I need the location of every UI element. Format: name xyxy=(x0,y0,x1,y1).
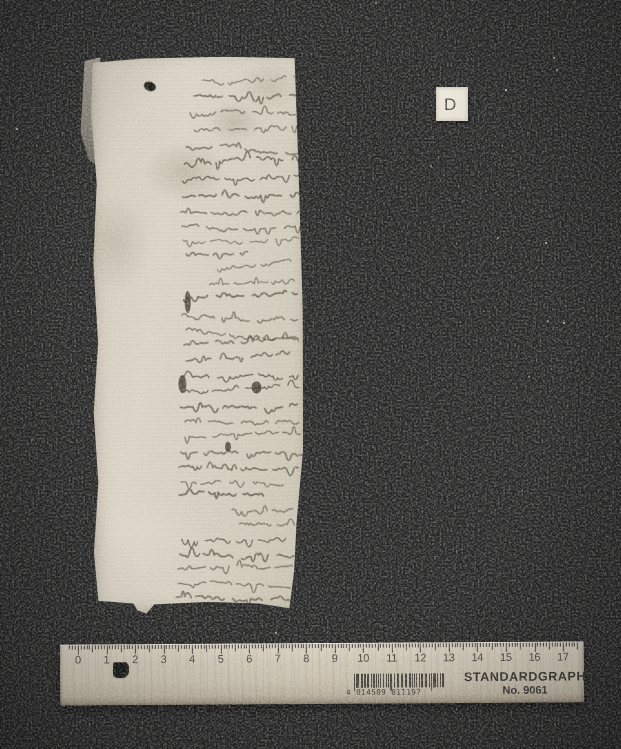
ruler-number: 17 xyxy=(553,651,573,663)
barcode-bar xyxy=(367,674,369,688)
handwriting-line xyxy=(184,370,301,382)
barcode-bar xyxy=(356,674,359,688)
barcode-bar xyxy=(364,674,366,688)
handwriting-line xyxy=(186,351,298,363)
tick-mark xyxy=(318,644,319,648)
tick-mark xyxy=(554,643,555,647)
fabric-speck xyxy=(79,721,81,723)
tick-mark xyxy=(283,644,284,648)
handwriting-ink xyxy=(84,51,309,615)
tick-mark xyxy=(574,642,575,646)
handwriting-line xyxy=(182,538,291,548)
tick-mark xyxy=(143,645,144,649)
tick-mark xyxy=(520,643,521,650)
tick-mark xyxy=(509,643,510,647)
tick-mark xyxy=(300,644,301,648)
ruler-ticks xyxy=(60,641,584,644)
tick-mark xyxy=(263,644,264,651)
fabric-speck xyxy=(375,2,377,4)
tick-mark xyxy=(480,643,481,647)
fabric-speck xyxy=(275,632,277,634)
tick-mark xyxy=(466,643,467,647)
tick-mark xyxy=(432,643,433,647)
handwriting-line xyxy=(179,489,269,499)
tick-mark xyxy=(258,644,259,648)
tick-mark xyxy=(335,644,336,653)
tick-mark xyxy=(166,645,167,649)
tick-mark xyxy=(106,645,107,654)
tick-mark xyxy=(149,645,150,652)
tick-mark xyxy=(132,645,133,649)
fabric-speck xyxy=(402,249,403,250)
handwriting-line xyxy=(232,505,299,516)
barcode-bar xyxy=(373,674,375,688)
tick-mark xyxy=(138,645,139,649)
tick-mark xyxy=(169,645,170,649)
tick-mark xyxy=(440,643,441,647)
barcode-bar xyxy=(416,673,417,687)
tick-mark xyxy=(429,643,430,647)
handwriting-line xyxy=(181,480,287,489)
barcode-bar xyxy=(437,673,438,687)
tick-mark xyxy=(355,644,356,648)
manuscript-fragment xyxy=(84,51,309,615)
ruler-number: 14 xyxy=(467,652,487,664)
tick-mark xyxy=(163,645,164,654)
barcode-digits: 4 014509 011197 xyxy=(346,687,448,697)
barcode-bar xyxy=(378,674,379,688)
tick-mark xyxy=(392,644,393,653)
handwriting-line xyxy=(217,259,298,272)
tick-mark xyxy=(386,644,387,648)
tick-mark xyxy=(383,644,384,648)
tick-mark xyxy=(189,645,190,649)
tick-mark xyxy=(84,645,85,649)
tick-mark xyxy=(400,644,401,648)
barcode-bar xyxy=(440,673,441,687)
tick-mark xyxy=(272,644,273,648)
fabric-speck xyxy=(553,57,555,59)
tick-mark xyxy=(146,645,147,649)
barcode-bar xyxy=(414,673,415,687)
fabric-speck xyxy=(9,267,10,268)
tick-mark xyxy=(534,643,535,652)
tick-mark xyxy=(380,644,381,648)
ruler-number: 16 xyxy=(524,652,544,664)
wormhole xyxy=(143,80,157,93)
tick-mark xyxy=(129,645,130,649)
tick-mark xyxy=(115,645,116,649)
tick-mark xyxy=(406,643,407,650)
tick-mark xyxy=(452,643,453,647)
fabric-speck xyxy=(276,625,277,626)
tick-mark xyxy=(454,643,455,647)
handwriting-line xyxy=(181,402,304,414)
tick-mark xyxy=(412,643,413,647)
tick-mark xyxy=(523,643,524,647)
fabric-speck xyxy=(545,242,547,244)
tick-mark xyxy=(223,645,224,649)
ruler-number: 11 xyxy=(382,653,402,665)
tick-mark xyxy=(375,644,376,648)
tick-mark xyxy=(155,645,156,649)
fabric-speck xyxy=(430,165,432,167)
ruler: 01234567891011121314151617 4 014509 0111… xyxy=(60,641,584,705)
tick-mark xyxy=(566,643,567,647)
tick-mark xyxy=(443,643,444,647)
tick-mark xyxy=(275,644,276,648)
tick-mark xyxy=(309,644,310,648)
ruler-number: 0 xyxy=(68,654,88,666)
ink-blot xyxy=(225,442,231,452)
handwriting-line xyxy=(183,174,304,185)
handwriting-line xyxy=(240,519,301,526)
handwriting-line xyxy=(184,380,307,394)
barcode-bar xyxy=(371,674,372,688)
tick-mark xyxy=(260,644,261,648)
barcode-bar xyxy=(405,673,407,687)
tick-mark xyxy=(426,643,427,647)
tick-mark xyxy=(469,643,470,647)
tick-mark xyxy=(95,645,96,649)
tick-mark xyxy=(531,643,532,647)
tick-mark xyxy=(363,644,364,653)
tick-mark xyxy=(477,643,478,652)
tick-mark xyxy=(266,644,267,648)
tick-mark xyxy=(369,644,370,648)
barcode-bar xyxy=(419,673,420,687)
tick-mark xyxy=(195,645,196,649)
tick-mark xyxy=(295,644,296,648)
tick-mark xyxy=(255,644,256,648)
barcode-bar xyxy=(388,674,389,688)
barcode-bar xyxy=(397,674,399,688)
tick-mark xyxy=(289,644,290,648)
handwriting-line xyxy=(194,92,308,105)
barcode: 4 014509 011197 xyxy=(346,672,448,699)
barcode-bar xyxy=(433,673,436,687)
handwriting-line xyxy=(183,190,309,203)
ruler-number: 9 xyxy=(325,653,345,665)
ink-blot xyxy=(185,291,191,313)
tick-mark xyxy=(298,644,299,648)
tick-mark xyxy=(397,644,398,648)
tick-mark xyxy=(360,644,361,648)
tick-mark xyxy=(192,645,193,654)
tick-mark xyxy=(486,643,487,647)
tick-mark xyxy=(320,644,321,651)
ruler-number: 15 xyxy=(496,652,516,664)
handwriting-line xyxy=(190,106,301,118)
tick-mark xyxy=(135,645,136,654)
handwriting-line xyxy=(182,311,305,323)
barcode-bar xyxy=(383,674,384,688)
tick-mark xyxy=(403,643,404,647)
barcode-bar xyxy=(361,674,363,688)
tick-mark xyxy=(126,645,127,649)
tick-mark xyxy=(75,646,76,650)
ruler-number: 12 xyxy=(410,652,430,664)
tick-mark xyxy=(329,644,330,648)
tick-mark xyxy=(472,643,473,647)
tick-mark xyxy=(226,645,227,649)
handwriting-line xyxy=(178,580,297,593)
tick-mark xyxy=(434,643,435,650)
tick-mark xyxy=(72,646,73,650)
tick-mark xyxy=(201,645,202,649)
tick-mark xyxy=(178,645,179,652)
barcode-bar xyxy=(412,673,413,687)
tick-mark xyxy=(323,644,324,648)
tick-mark xyxy=(249,644,250,653)
fabric-speck xyxy=(497,237,499,239)
tick-mark xyxy=(500,643,501,647)
tick-mark xyxy=(449,643,450,652)
tick-mark xyxy=(577,642,578,649)
fabric-speck xyxy=(505,89,507,91)
barcode-bar xyxy=(429,673,430,687)
tick-mark xyxy=(549,643,550,650)
ink-blot xyxy=(251,381,261,393)
tick-mark xyxy=(112,645,113,649)
tick-mark xyxy=(415,643,416,647)
fabric-speck xyxy=(397,155,398,156)
fabric-speck xyxy=(80,640,81,641)
tick-mark xyxy=(560,643,561,647)
tick-mark xyxy=(141,645,142,649)
tick-mark xyxy=(529,643,530,647)
tick-mark xyxy=(512,643,513,647)
tick-mark xyxy=(152,645,153,649)
ruler-number: 5 xyxy=(211,654,231,666)
tick-mark xyxy=(286,644,287,648)
tick-mark xyxy=(409,643,410,647)
tick-mark xyxy=(235,645,236,652)
tick-mark xyxy=(446,643,447,647)
fabric-speck xyxy=(62,516,63,517)
tick-mark xyxy=(246,644,247,648)
handwriting-line xyxy=(210,277,299,285)
tick-mark xyxy=(118,645,119,649)
tick-mark xyxy=(104,645,105,649)
tick-mark xyxy=(349,644,350,651)
tick-mark xyxy=(121,645,122,652)
handwriting-line xyxy=(181,207,307,216)
tick-mark xyxy=(280,644,281,648)
tick-mark xyxy=(377,644,378,651)
tick-mark xyxy=(326,644,327,648)
barcode-bar xyxy=(376,674,377,688)
tick-mark xyxy=(183,645,184,649)
tick-mark xyxy=(278,644,279,653)
tick-mark xyxy=(81,645,82,649)
tick-mark xyxy=(543,643,544,647)
tick-mark xyxy=(551,643,552,647)
ruler-brand-text: STANDARDGRAPH xyxy=(442,669,608,684)
tick-mark xyxy=(517,643,518,647)
label-letter: D xyxy=(437,96,456,113)
tick-mark xyxy=(563,643,564,652)
tick-mark xyxy=(372,644,373,648)
tick-mark xyxy=(292,644,293,651)
handwriting-line xyxy=(186,252,253,259)
tick-mark xyxy=(457,643,458,647)
ruler-hole xyxy=(113,662,129,678)
barcode-bar xyxy=(425,673,427,687)
tick-mark xyxy=(492,643,493,650)
tick-mark xyxy=(186,645,187,649)
tick-mark xyxy=(306,644,307,653)
ruler-number: 4 xyxy=(182,654,202,666)
fabric-speck xyxy=(31,412,32,413)
tick-mark xyxy=(101,645,102,649)
ruler-number: 7 xyxy=(268,653,288,665)
tick-mark xyxy=(303,644,304,648)
tick-mark xyxy=(175,645,176,649)
handwriting-line xyxy=(176,590,305,606)
ruler-number: 10 xyxy=(353,653,373,665)
tick-mark xyxy=(395,644,396,648)
tick-mark xyxy=(463,643,464,650)
fabric-speck xyxy=(563,322,565,324)
handwriting-line xyxy=(182,223,308,234)
tick-mark xyxy=(212,645,213,649)
tick-mark xyxy=(514,643,515,647)
tick-mark xyxy=(98,645,99,649)
fabric-speck xyxy=(528,376,530,378)
barcode-bar xyxy=(421,673,423,687)
tick-mark xyxy=(221,645,222,654)
barcode-bar xyxy=(409,673,411,687)
tick-mark xyxy=(437,643,438,647)
tick-mark xyxy=(198,645,199,649)
handwriting-line xyxy=(181,450,308,461)
ruler-number: 3 xyxy=(153,654,173,666)
tick-mark xyxy=(243,644,244,648)
fabric-speck xyxy=(180,55,181,56)
handwriting-line xyxy=(183,237,308,247)
ruler-number: 13 xyxy=(439,652,459,664)
tick-mark xyxy=(340,644,341,648)
tick-mark xyxy=(337,644,338,648)
barcode-bar xyxy=(401,674,403,688)
tick-mark xyxy=(460,643,461,647)
tick-mark xyxy=(181,645,182,649)
tick-mark xyxy=(229,645,230,649)
tick-mark xyxy=(423,643,424,647)
tick-mark xyxy=(252,644,253,648)
tick-mark xyxy=(158,645,159,649)
tick-mark xyxy=(571,642,572,646)
tick-mark xyxy=(537,643,538,647)
fabric-speck xyxy=(547,320,549,322)
tick-mark xyxy=(497,643,498,647)
fabric-speck xyxy=(323,202,324,203)
tick-mark xyxy=(209,645,210,649)
ink-blot xyxy=(178,375,186,393)
handwriting-line xyxy=(203,76,304,85)
tick-mark xyxy=(483,643,484,647)
tick-mark xyxy=(540,643,541,647)
tick-mark xyxy=(420,643,421,652)
tick-mark xyxy=(503,643,504,647)
tick-mark xyxy=(172,645,173,649)
barcode-bar xyxy=(380,674,381,688)
tick-mark xyxy=(557,643,558,647)
handwriting-line xyxy=(184,290,302,301)
tick-mark xyxy=(86,645,87,649)
tick-mark xyxy=(417,643,418,647)
tick-mark xyxy=(315,644,316,648)
tick-mark xyxy=(494,643,495,647)
tick-mark xyxy=(238,645,239,649)
handwriting-line xyxy=(185,417,303,426)
tick-mark xyxy=(218,645,219,649)
tick-mark xyxy=(232,645,233,649)
tick-mark xyxy=(215,645,216,649)
tick-mark xyxy=(389,644,390,648)
tick-mark xyxy=(366,644,367,648)
tick-mark xyxy=(69,646,70,650)
tick-mark xyxy=(92,645,93,652)
tick-mark xyxy=(206,645,207,652)
fabric-speck xyxy=(31,439,33,441)
tick-mark xyxy=(78,645,79,654)
handwriting-line xyxy=(194,124,305,133)
ruler-model-number: No. 9061 xyxy=(442,684,608,697)
tick-mark xyxy=(269,644,270,648)
tick-mark xyxy=(546,643,547,647)
tick-mark xyxy=(240,644,241,648)
tick-mark xyxy=(161,645,162,649)
tick-mark xyxy=(506,643,507,652)
tick-mark xyxy=(332,644,333,648)
handwriting-line xyxy=(178,560,302,574)
tick-mark xyxy=(203,645,204,649)
tick-mark xyxy=(109,645,110,649)
ruler-number: 6 xyxy=(239,653,259,665)
fabric-speck xyxy=(556,69,558,71)
fabric-speck xyxy=(16,128,18,130)
tick-mark xyxy=(474,643,475,647)
tick-mark xyxy=(352,644,353,648)
tick-mark xyxy=(89,645,90,649)
fabric-speck xyxy=(366,239,367,240)
barcode-bar xyxy=(386,674,387,688)
tick-mark xyxy=(123,645,124,649)
tick-mark xyxy=(343,644,344,648)
tick-mark xyxy=(346,644,347,648)
tick-mark xyxy=(312,644,313,648)
photograph: D 01234567891011121314151617 4 014509 01… xyxy=(0,0,621,749)
tick-mark xyxy=(569,642,570,646)
tick-mark xyxy=(526,643,527,647)
handwriting-line xyxy=(179,461,306,476)
handwriting-line xyxy=(185,426,306,443)
fabric-speck xyxy=(37,137,38,138)
label-tile: D xyxy=(436,87,468,121)
barcode-bar xyxy=(394,674,395,688)
tick-mark xyxy=(357,644,358,648)
tick-mark xyxy=(489,643,490,647)
ruler-number: 8 xyxy=(296,653,316,665)
